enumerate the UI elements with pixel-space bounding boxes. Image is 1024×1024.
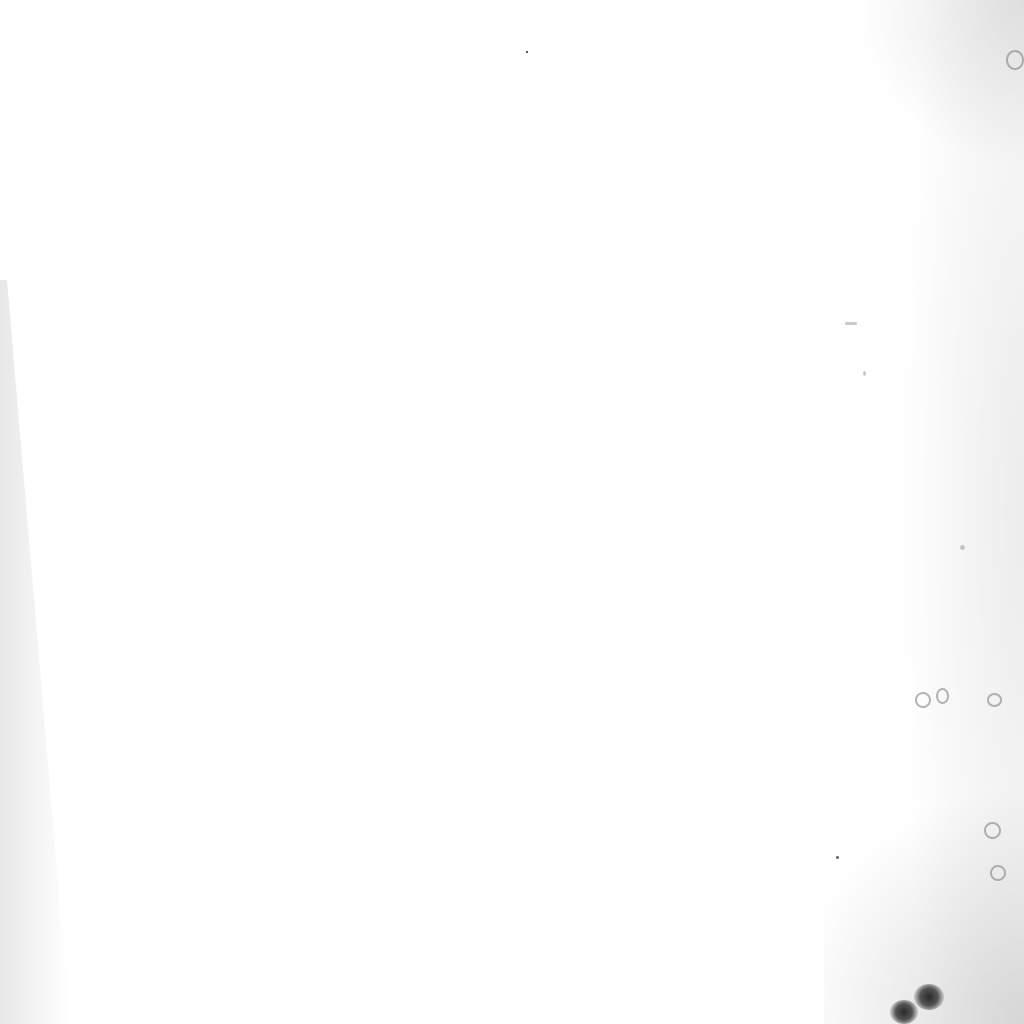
dust-speck [936,688,949,704]
blank-canvas [0,0,1024,1024]
dust-speck [984,822,1001,839]
dust-speck [863,371,866,376]
dust-speck [990,865,1006,881]
edge-shadow-top-right [864,0,1024,180]
dust-speck [845,322,857,325]
dust-speck [915,692,931,708]
edge-shadow-left [0,280,70,1024]
dust-speck [960,545,965,550]
dust-speck [1006,50,1024,70]
dust-speck [526,51,528,53]
dust-speck [836,856,839,859]
dust-speck [914,984,944,1010]
dust-speck [890,1000,918,1024]
dust-speck [987,693,1002,707]
